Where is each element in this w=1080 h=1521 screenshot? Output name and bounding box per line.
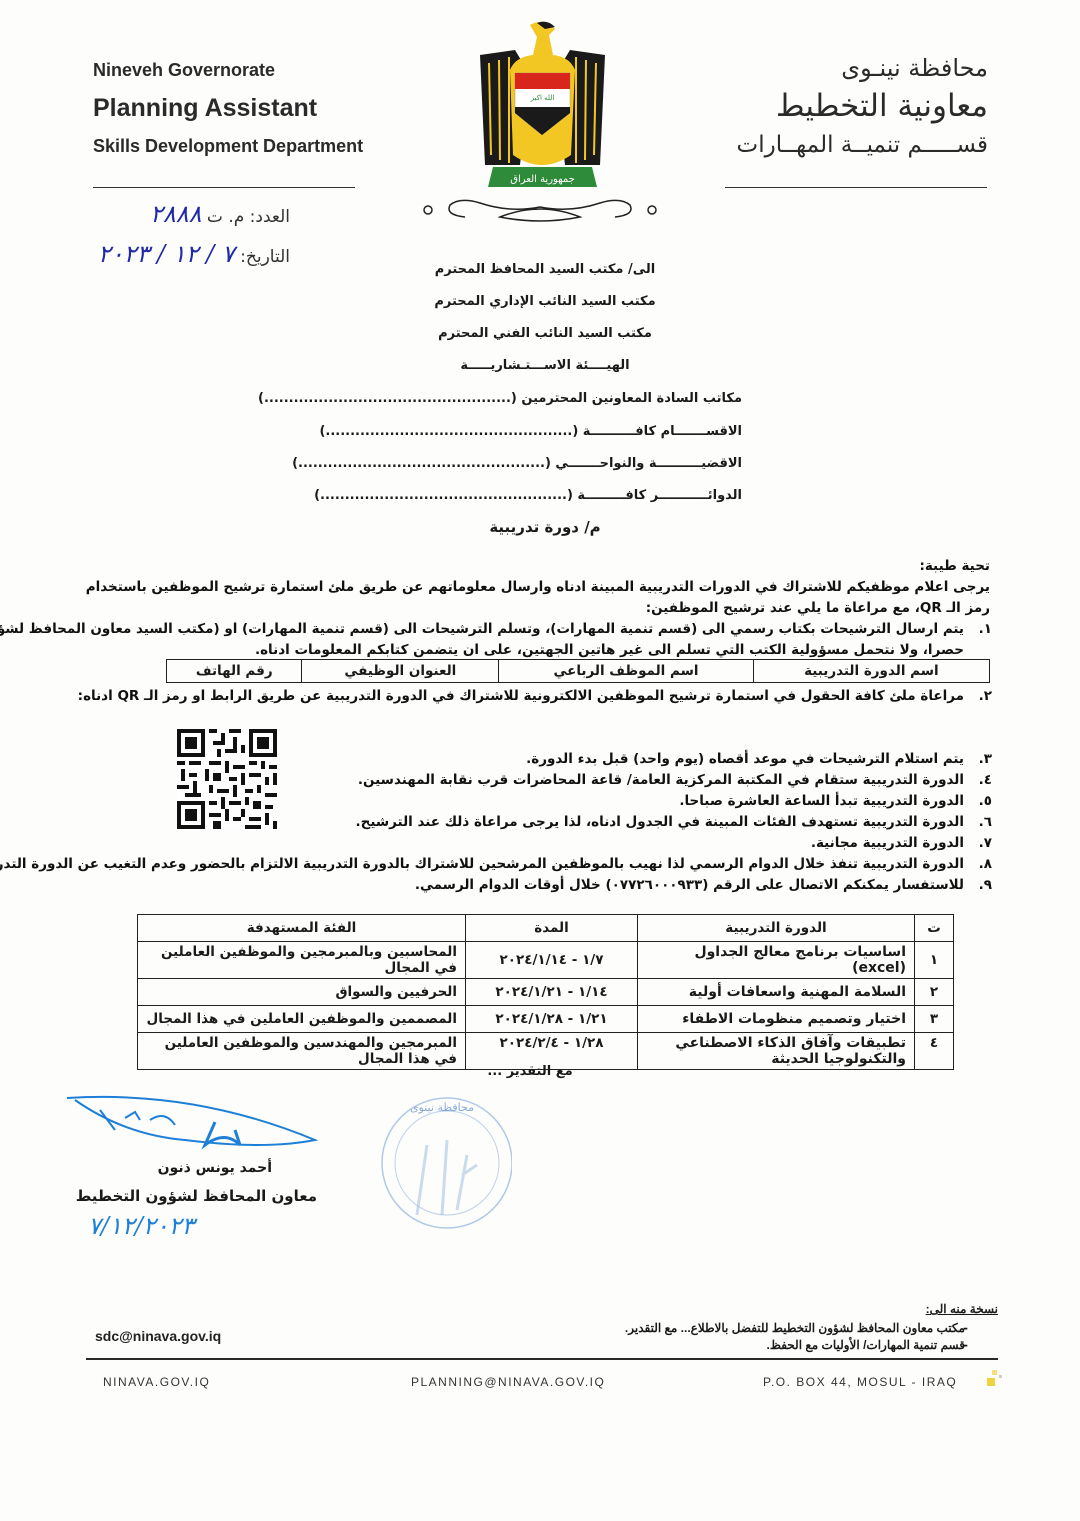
intro-paragraph: يرجى اعلام موظفيكم للاشتراك في الدورات ا… <box>80 577 990 619</box>
reference-date-label: التاريخ: <box>240 247 290 267</box>
reference-date: التاريخ: ٧ / ١٢ / ٢٠٢٣ <box>98 240 290 268</box>
course-name: اساسيات برنامج معالج الجداول (excel) <box>638 942 915 979</box>
course-duration: ١/٢١ - ٢٠٢٤/١/٢٨ <box>466 1006 638 1033</box>
courses-header-num: ت <box>915 915 954 942</box>
greeting: تحية طيبة: <box>80 556 990 577</box>
course-target: المبرمجين والمهندسين والموظفين العاملين … <box>138 1033 466 1070</box>
cc-item: مكتب معاون المحافظ لشؤون التخطيط للتفضل … <box>625 1321 965 1335</box>
list-item-number: ١. <box>964 619 992 640</box>
footer-address: P.O. BOX 44, MOSUL - IRAQ <box>763 1375 957 1389</box>
course-num: ١ <box>915 942 954 979</box>
list-item: ٢.مراعاة ملئ كافة الحقول في استمارة ترشي… <box>78 686 992 707</box>
official-stamp-icon: محافظة نينوى <box>372 1085 512 1235</box>
course-name: اختيار وتصميم منظومات الاطفاء <box>638 1006 915 1033</box>
footer-divider <box>86 1358 998 1360</box>
list-item-text: مراعاة ملئ كافة الحقول في استمارة ترشيح … <box>78 688 964 704</box>
addressee-dotted-line: مكاتب السادة المعاونين المحترمين (......… <box>258 391 742 406</box>
list-item-text: يتم ارسال الترشيحات بكتاب رسمي الى (قسم … <box>0 621 964 637</box>
reference-date-value: ٧ / ١٢ / ٢٠٢٣ <box>98 240 235 268</box>
svg-text:جمهورية العراق: جمهورية العراق <box>510 174 575 185</box>
fields-header: رقم الهاتف <box>167 660 302 683</box>
header-section-en: Skills Development Department <box>93 136 363 157</box>
list-item: ٣.يتم استلام الترشيحات في موعد أقصاه (يو… <box>526 749 992 770</box>
header-governorate-ar: محافظة نينـوى <box>841 54 988 82</box>
list-item: ٥.الدورة التدريبية تبدأ الساعة العاشرة ص… <box>679 791 992 812</box>
signature-date: ٧/١٢/٢٠٢٣ <box>88 1212 194 1240</box>
header-department-en: Planning Assistant <box>93 94 317 123</box>
list-item: ٨.الدورة التدريبية تنفذ خلال الدوام الرس… <box>0 854 992 875</box>
svg-text:الله اكبر: الله اكبر <box>530 94 555 102</box>
list-item-text: الدورة التدريبية مجانية. <box>811 835 964 851</box>
list-item: ٤.الدورة التدريبية ستقام في المكتبة المر… <box>358 770 992 791</box>
cc-item: قسم تنمية المهارات/ الأوليات مع الحفظ. <box>767 1338 965 1352</box>
table-row: ١ اساسيات برنامج معالج الجداول (excel) ١… <box>138 942 954 979</box>
course-num: ٢ <box>915 979 954 1006</box>
signature-scribble-icon <box>65 1090 325 1160</box>
header-governorate-en: Nineveh Governorate <box>93 60 275 81</box>
courses-header-target: الفئة المستهدفة <box>138 915 466 942</box>
footer-email-link[interactable]: PLANNING@NINAVA.GOV.IQ <box>411 1375 605 1389</box>
addressee-line: الى/ مكتب السيد المحافظ المحترم <box>380 262 710 277</box>
signatory-title: معاون المحافظ لشؤون التخطيط <box>76 1187 317 1205</box>
course-num: ٣ <box>915 1006 954 1033</box>
list-item-number: ٩. <box>964 875 992 896</box>
fields-header: العنوان الوظيفي <box>302 660 499 683</box>
course-num: ٤ <box>915 1033 954 1070</box>
list-item-text: للاستفسار يمكنكم الاتصال على الرقم (٠٧٧٢… <box>415 877 964 893</box>
cc-title: نسخة منه الى: <box>926 1302 998 1316</box>
addressee-dotted-line: الاقضيــــــــــة والنواحـــــــي (.....… <box>292 456 742 471</box>
iraq-emblem-icon: الله اكبر جمهورية العراق <box>475 15 610 195</box>
list-item-text: الدورة التدريبية تنفذ خلال الدوام الرسمي… <box>0 856 964 872</box>
list-item: ١.يتم ارسال الترشيحات بكتاب رسمي الى (قس… <box>0 619 992 640</box>
fields-header: اسم الدورة التدريبية <box>753 660 989 683</box>
courses-table: ت الدورة التدريبية المدة الفئة المستهدفة… <box>137 914 954 1070</box>
reference-number-label: العدد: م. ت <box>207 207 290 227</box>
addressee-line: مكتب السيد النائب الإداري المحترم <box>380 294 710 309</box>
decorative-flourish-icon <box>420 195 660 225</box>
list-item: ٩.للاستفسار يمكنكم الاتصال على الرقم (٠٧… <box>415 875 992 896</box>
addressee-dotted-line: الدوائـــــــــــر كافـــــــــة (......… <box>314 488 742 503</box>
footer-website-link[interactable]: NINAVA.GOV.IQ <box>103 1375 210 1389</box>
reference-number: العدد: م. ت ٢٨٨٨ <box>150 200 290 228</box>
list-item-number: ٥. <box>964 791 992 812</box>
list-item-number: ٦. <box>964 812 992 833</box>
addressee-line: مكتب السيد النائب الفني المحترم <box>380 326 710 341</box>
list-item-text: يتم استلام الترشيحات في موعد أقصاه (يوم … <box>526 751 964 767</box>
course-duration: ١/١٤ - ٢٠٢٤/١/٢١ <box>466 979 638 1006</box>
course-target: الحرفيين والسواق <box>138 979 466 1006</box>
list-item-text: الدورة التدريبية تبدأ الساعة العاشرة صبا… <box>679 793 964 809</box>
course-duration: ١/٧ - ٢٠٢٤/١/١٤ <box>466 942 638 979</box>
fields-header: اسم الموظف الرباعي <box>499 660 753 683</box>
list-item-text: الدورة التدريبية تستهدف الفئات المبينة ف… <box>356 814 964 830</box>
reference-number-value: ٢٨٨٨ <box>150 200 202 228</box>
course-name: السلامة المهنية واسعافات أولية <box>638 979 915 1006</box>
list-item-number: ٧. <box>964 833 992 854</box>
course-target: المحاسبين وبالمبرمجين والموظفين العاملين… <box>138 942 466 979</box>
course-name: تطبيقات وآفاق الذكاء الاصطناعي والتكنولو… <box>638 1033 915 1070</box>
required-fields-table: اسم الدورة التدريبية اسم الموظف الرباعي … <box>166 659 990 683</box>
footer-logo-icon <box>986 1370 1006 1392</box>
courses-header-duration: المدة <box>466 915 638 942</box>
cc-bullet: - <box>963 1338 968 1352</box>
addressee-line: الهيــــئة الاســـتـشاريـــــة <box>380 358 710 373</box>
list-item-text: الدورة التدريبية ستقام في المكتبة المركز… <box>358 772 964 788</box>
list-item-number: ٣. <box>964 749 992 770</box>
list-item: ٧.الدورة التدريبية مجانية. <box>811 833 992 854</box>
signatory-name: أحمد يونس ذنون <box>158 1160 272 1176</box>
courses-header-course: الدورة التدريبية <box>638 915 915 942</box>
cc-bullet: - <box>963 1321 968 1335</box>
header-department-ar: معاونية التخطيط <box>776 88 988 124</box>
list-item-number: ٤. <box>964 770 992 791</box>
header-divider-right <box>725 187 987 188</box>
table-row: ٢ السلامة المهنية واسعافات أولية ١/١٤ - … <box>138 979 954 1006</box>
closing-text: مع التقدير ... <box>470 1064 590 1079</box>
header-section-ar: قســـــم تنميــة المهــارات <box>737 132 988 158</box>
qr-code-icon[interactable] <box>177 728 277 830</box>
list-item: ٦.الدورة التدريبية تستهدف الفئات المبينة… <box>356 812 992 833</box>
svg-text:محافظة نينوى: محافظة نينوى <box>410 1101 474 1114</box>
course-target: المصممين والموظفين العاملين في هذا المجا… <box>138 1006 466 1033</box>
header-divider-left <box>93 187 355 188</box>
table-row: ٣ اختيار وتصميم منظومات الاطفاء ١/٢١ - ٢… <box>138 1006 954 1033</box>
addressee-dotted-line: الاقســـــــام كافــــــــــة (.........… <box>319 424 742 439</box>
list-item-continuation: حصرا، ولا نتحمل مسؤولية الكتب التي تسلم … <box>255 640 964 661</box>
list-item-number: ٨. <box>964 854 992 875</box>
list-item-number: ٢. <box>964 686 992 707</box>
subject-line: م/ دورة تدريبية <box>440 518 650 536</box>
contact-email-link[interactable]: sdc@ninava.gov.iq <box>95 1328 221 1344</box>
